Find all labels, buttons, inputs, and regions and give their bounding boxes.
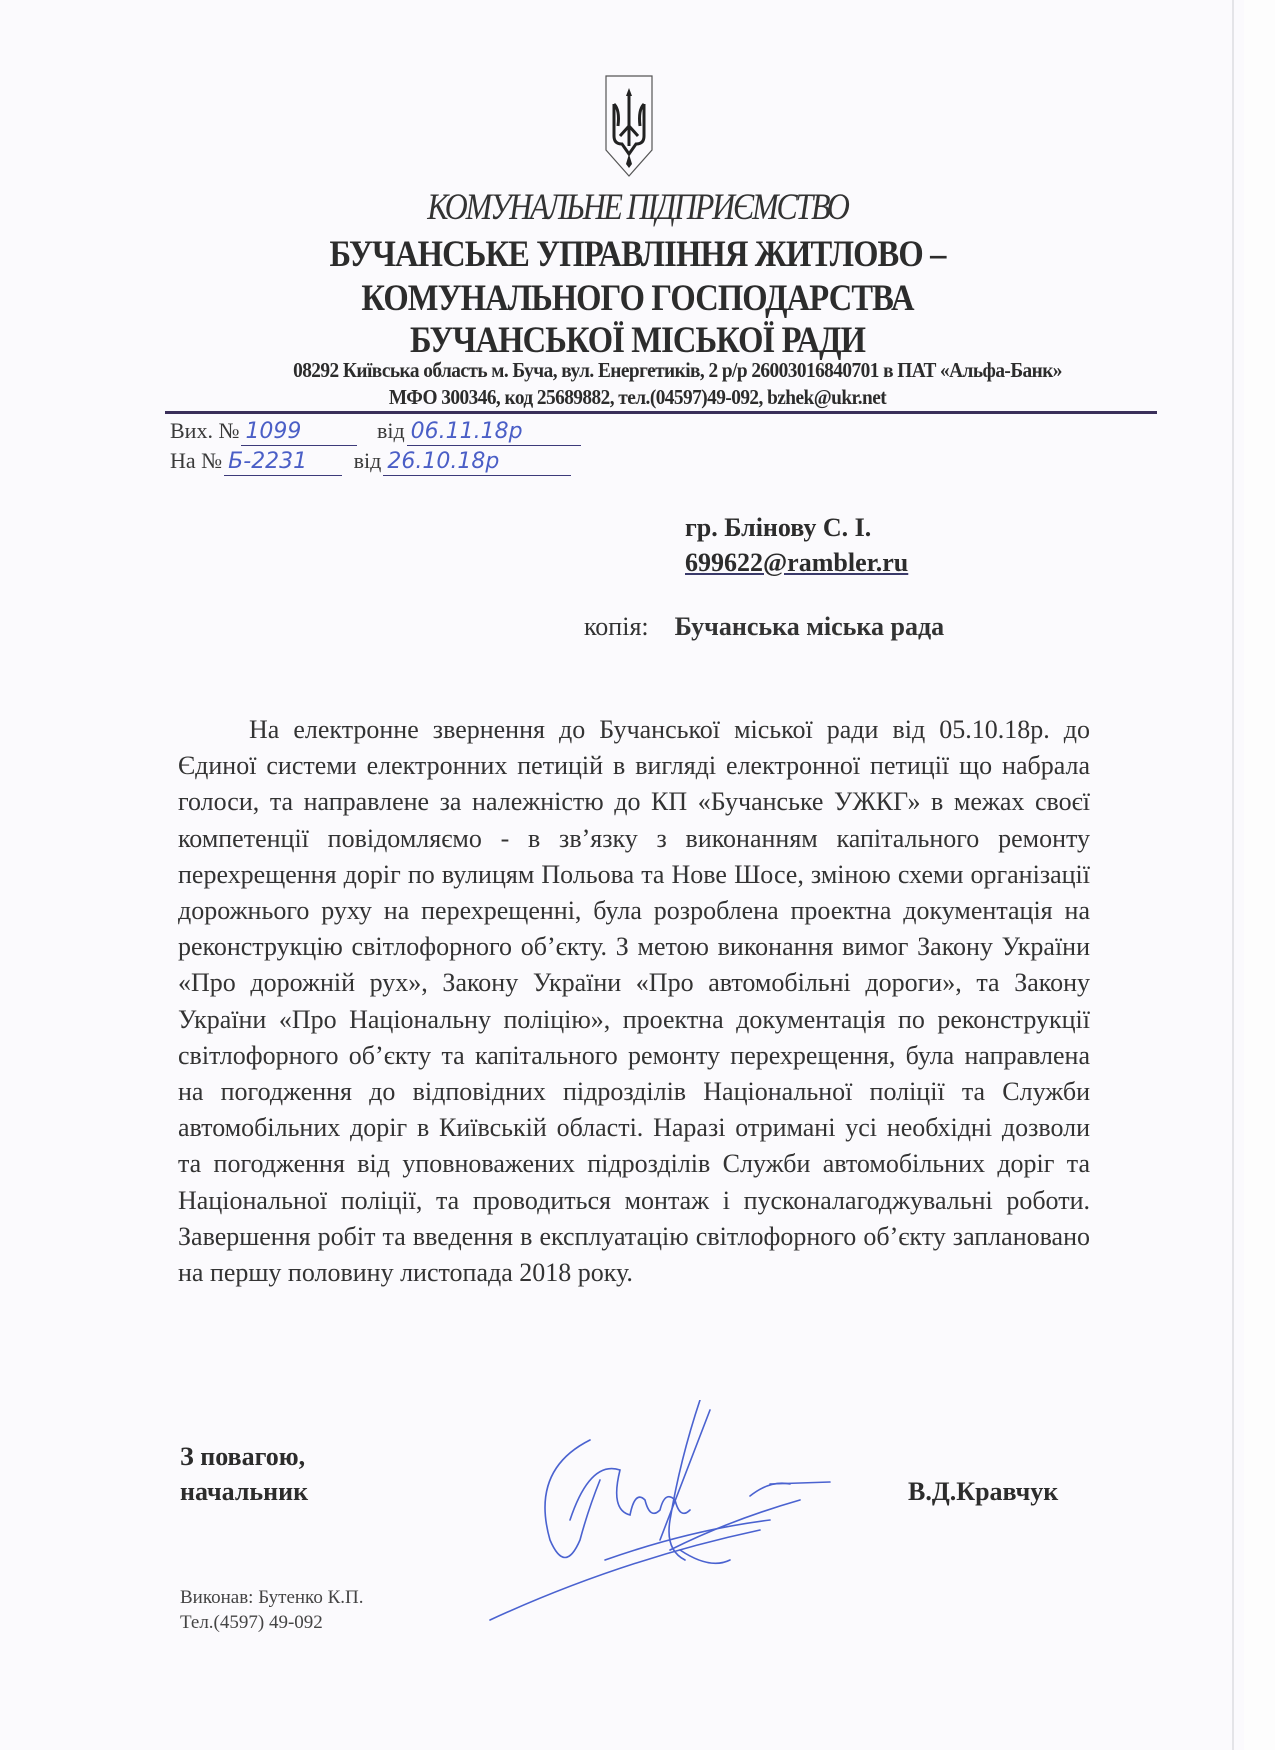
executor-phone: Тел.(4597) 49-092 bbox=[180, 1612, 323, 1634]
letter-body: На електронне звернення до Бучанської мі… bbox=[178, 712, 1090, 1291]
incoming-number: Б-2231 bbox=[224, 449, 342, 476]
signer-name: В.Д.Кравчук bbox=[908, 1477, 1058, 1507]
handwritten-signature-icon bbox=[470, 1400, 940, 1640]
org-name-line-2: КОМУНАЛЬНОГО ГОСПОДАРСТВА bbox=[77, 277, 1199, 320]
org-name-line-1: БУЧАНСЬКЕ УПРАВЛІННЯ ЖИТЛОВО – bbox=[77, 233, 1199, 276]
copy-value: Бучанська міська рада bbox=[675, 612, 944, 641]
signer-title: начальник bbox=[180, 1477, 308, 1507]
outgoing-reference: Вих. №1099 від06.11.18р bbox=[170, 418, 581, 446]
executor-name: Виконав: Бутенко К.П. bbox=[180, 1587, 363, 1609]
page-edge bbox=[1232, 0, 1234, 1750]
incoming-number-label: На № bbox=[170, 448, 222, 473]
org-type: КОМУНАЛЬНЕ ПІДПРИЄМСТВО bbox=[89, 186, 1186, 229]
outgoing-date-label: від bbox=[377, 418, 405, 443]
header-divider bbox=[165, 411, 1157, 414]
trident-coat-of-arms-icon bbox=[604, 74, 654, 178]
recipient-name: гр. Блінову С. І. bbox=[685, 513, 871, 543]
incoming-date: 26.10.18р bbox=[383, 449, 571, 476]
org-address: 08292 Київська область м. Буча, вул. Ене… bbox=[91, 358, 1264, 383]
org-name-line-3: БУЧАНСЬКОЇ МІСЬКОЇ РАДИ bbox=[77, 319, 1199, 362]
recipient-email[interactable]: 699622@rambler.ru bbox=[685, 548, 908, 578]
incoming-date-label: від bbox=[354, 448, 382, 473]
copy-recipient: копія:Бучанська міська рада bbox=[584, 612, 944, 642]
outgoing-date: 06.11.18р bbox=[407, 419, 581, 446]
org-details: МФО 300346, код 25689882, тел.(04597)49-… bbox=[51, 385, 1224, 410]
outgoing-number-label: Вих. № bbox=[170, 418, 239, 443]
copy-label: копія: bbox=[584, 612, 649, 641]
closing-regards: З повагою, bbox=[180, 1442, 305, 1472]
body-paragraph: На електронне звернення до Бучанської мі… bbox=[178, 712, 1090, 1291]
page-margin bbox=[1244, 0, 1275, 1750]
incoming-reference: На №Б-2231 від26.10.18р bbox=[170, 448, 571, 476]
outgoing-number: 1099 bbox=[241, 419, 357, 446]
